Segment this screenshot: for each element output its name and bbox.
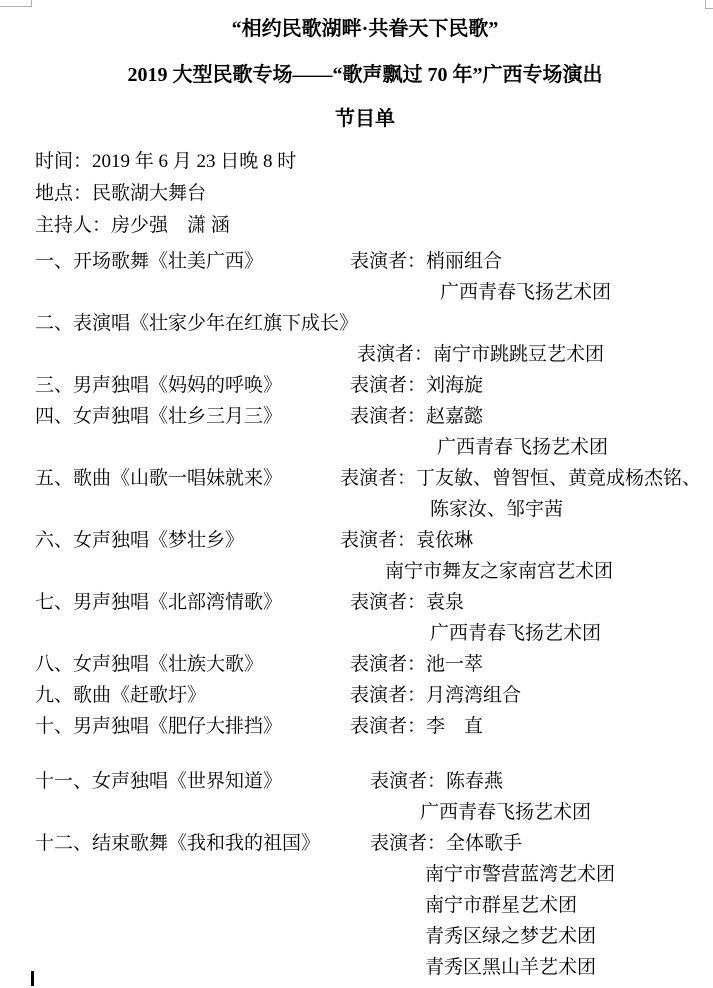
event-hosts: 主持人：房少强 潇 涵 [35,210,695,242]
item-title: 三、男声独唱《妈妈的呼唤》 [35,370,350,401]
performer-label: 表演者： [350,716,426,737]
item-title: 六、女声独唱《梦壮乡》 [35,525,340,556]
host-label: 主持人： [35,215,111,236]
doc-title-line2: 2019 大型民歌专场——“歌声飘过 70 年”广西专场演出 [35,60,695,90]
performer-continued: 陈家汝、邹宇茜 [430,494,695,525]
performer-label: 表演者： [357,344,433,365]
performer-names: 丁友敏、曾智恒、黄竟成杨杰铭、 [416,468,701,489]
troupe-line: 南宁市舞友之家南宫艺术团 [385,556,695,587]
performer-line: 表演者：池一萃 [350,649,483,680]
performer-names: 陈春燕 [446,771,503,792]
item-title: 十一、女声独唱《世界知道》 [35,766,370,797]
performer-label: 表演者： [370,771,446,792]
performer-line: 表演者：李 直 [350,711,483,742]
item-title: 五、歌曲《山歌一唱妹就来》 [35,463,340,494]
program-item: 六、女声独唱《梦壮乡》 表演者：袁依琳 [35,525,695,556]
item-title: 八、女声独唱《壮族大歌》 [35,649,350,680]
performer-names: 池一萃 [426,654,483,675]
performer-line: 表演者：赵嘉懿 [350,401,483,432]
item-title: 二、表演唱《壮家少年在红旗下成长》 [35,308,358,339]
program-item: 九、歌曲《赶歌圩》 表演者：月湾湾组合 [35,680,695,711]
performer-label: 表演者： [350,654,426,675]
item-title: 四、女声独唱《壮乡三月三》 [35,401,350,432]
doc-title-line1: “相约民歌湖畔·共眷天下民歌” [35,14,695,44]
event-time: 时间：2019 年 6 月 23 日晚 8 时 [35,146,695,178]
event-info: 时间：2019 年 6 月 23 日晚 8 时 地点：民歌湖大舞台 主持人：房少… [35,146,695,242]
program-item: 十、男声独唱《肥仔大排挡》 表演者：李 直 [35,711,695,742]
performer-label: 表演者： [340,530,416,551]
performer-label: 表演者： [350,685,426,706]
program-item: 五、歌曲《山歌一唱妹就来》 表演者：丁友敏、曾智恒、黄竟成杨杰铭、 [35,463,695,494]
performer-names: 月湾湾组合 [426,685,521,706]
program-item: 七、男声独唱《北部湾情歌》 表演者：袁泉 [35,587,695,618]
program-item: 一、开场歌舞《壮美广西》 表演者：梢丽组合 [35,246,695,277]
time-value: 2019 年 6 月 23 日晚 8 时 [92,151,296,172]
performer-label: 表演者： [370,833,446,854]
text-cursor [31,971,34,986]
performer-line: 表演者：袁依琳 [340,525,473,556]
troupe-line: 青秀区绿之梦艺术团 [425,921,695,952]
troupe-line: 广西青春飞扬艺术团 [437,432,695,463]
performer-names: 袁泉 [426,592,464,613]
troupe-line: 南宁市群星艺术团 [425,890,695,921]
item-title: 十二、结束歌舞《我和我的祖国》 [35,828,370,859]
troupe-line: 广西青春飞扬艺术团 [430,618,695,649]
troupe-line: 广西青春飞扬艺术团 [420,797,695,828]
program-item: 十一、女声独唱《世界知道》 表演者：陈春燕 [35,766,695,797]
program-list: 一、开场歌舞《壮美广西》 表演者：梢丽组合 广西青春飞扬艺术团 二、表演唱《壮家… [35,246,695,983]
event-venue: 地点：民歌湖大舞台 [35,178,695,210]
document-page: “相约民歌湖畔·共眷天下民歌” 2019 大型民歌专场——“歌声飘过 70 年”… [0,0,713,988]
performer-label: 表演者： [350,375,426,396]
performer-line: 表演者：丁友敏、曾智恒、黄竟成杨杰铭、 [340,463,701,494]
troupe-line: 南宁市警营蓝湾艺术团 [425,859,695,890]
performer-label: 表演者： [340,468,416,489]
item-title: 一、开场歌舞《壮美广西》 [35,246,350,277]
performer-label: 表演者： [350,251,426,272]
performer-names: 袁依琳 [416,530,473,551]
performer-names: 全体歌手 [446,833,522,854]
item-title: 十、男声独唱《肥仔大排挡》 [35,711,350,742]
performer-names: 赵嘉懿 [426,406,483,427]
program-item: 四、女声独唱《壮乡三月三》 表演者：赵嘉懿 [35,401,695,432]
performer-names: 南宁市跳跳豆艺术团 [433,344,604,365]
performer-line: 表演者：梢丽组合 [350,246,502,277]
venue-label: 地点： [35,183,92,204]
document-body: “相约民歌湖畔·共眷天下民歌” 2019 大型民歌专场——“歌声飘过 70 年”… [0,0,713,983]
time-label: 时间： [35,151,92,172]
program-item: 八、女声独唱《壮族大歌》 表演者：池一萃 [35,649,695,680]
program-item: 二、表演唱《壮家少年在红旗下成长》 [35,308,695,339]
performer-label: 表演者： [350,592,426,613]
performer-line: 表演者：南宁市跳跳豆艺术团 [357,339,695,370]
host-value: 房少强 潇 涵 [111,215,230,236]
performer-names: 梢丽组合 [426,251,502,272]
performer-line: 表演者：袁泉 [350,587,464,618]
performer-line: 表演者：月湾湾组合 [350,680,521,711]
item-title: 七、男声独唱《北部湾情歌》 [35,587,350,618]
program-item: 三、男声独唱《妈妈的呼唤》 表演者：刘海旋 [35,370,695,401]
item-title: 九、歌曲《赶歌圩》 [35,680,350,711]
performer-line: 表演者：全体歌手 [370,828,522,859]
performer-names: 李 直 [426,716,483,737]
program-item: 十二、结束歌舞《我和我的祖国》 表演者：全体歌手 [35,828,695,859]
troupe-line: 广西青春飞扬艺术团 [440,277,695,308]
performer-label: 表演者： [350,406,426,427]
performer-line: 表演者：刘海旋 [350,370,483,401]
performer-names: 刘海旋 [426,375,483,396]
performer-line: 表演者：陈春燕 [370,766,503,797]
doc-title-line3: 节目单 [35,104,695,134]
troupe-line: 青秀区黑山羊艺术团 [425,952,695,983]
venue-value: 民歌湖大舞台 [92,183,206,204]
